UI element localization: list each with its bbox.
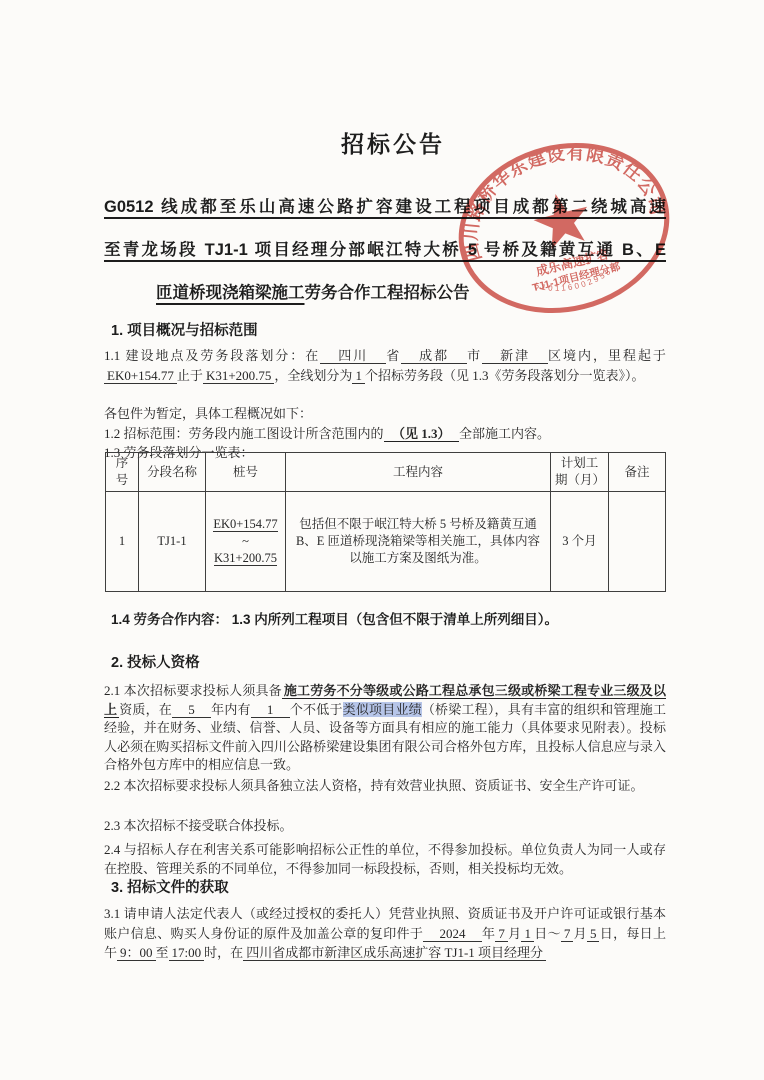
text-segment: 市 [467,348,482,363]
text-segment: 7 [495,926,508,942]
text-segment: 7 [561,926,574,942]
text-segment: 1.2 招标范围：劳务段内施工图设计所含范围内的 [104,426,384,441]
subtitle-line-3: 匝道桥现浇箱梁施工劳务合作工程招标公告 [104,272,666,315]
text-segment: 止于 [177,368,203,383]
section-2-heading: 2. 投标人资格 [104,654,673,673]
subtitle-line-1: G0512 线成都至乐山高速公路扩容建设工程项目成都第二绕城高速 [104,186,666,229]
text-segment: 1.1 建设地点及劳务段落划分：在 [104,348,320,363]
text-segment: 年内有 [211,702,251,717]
cell-stake: EK0+154.77 ~ K31+200.75 [206,492,286,592]
text-segment: 5 [172,702,211,718]
paragraph-1-4: 1.4 劳务合作内容： 1.3 内所列工程项目（包含但不限于清单上所列细目）。 [104,610,673,630]
subtitle-line-3-underlined: 匝道桥现浇箱梁施工 [156,284,305,302]
text-segment: 个招标劳务段（见 1.3《劳务段落划分一览表》）。 [365,368,645,383]
cell-seq: 1 [106,492,139,592]
paragraph-2-1: 2.1 本次招标要求投标人须具备施工劳务不分等级或公路工程总承包三级或桥梁工程专… [104,682,666,775]
text-segment: 四川省成都市新津区成乐高速扩容 TJ1-1 项目经理分 [243,945,546,961]
paragraph-packages-note: 各包件为暂定，具体工程概况如下： [104,404,666,424]
subtitle-line-2: 至青龙场段 TJ1-1 项目经理分部岷江特大桥 5 号桥及籍黄互通 B、E [104,229,666,272]
text-segment: 年 [482,926,495,941]
cell-duration: 3 个月 [551,492,609,592]
col-header-content: 工程内容 [286,453,551,492]
col-header-seq: 序号 [106,453,139,492]
text-segment: 资质，在 [119,702,172,717]
text-segment: 9：00 [117,945,156,961]
text-segment: 1 [251,702,290,718]
text-segment: 5 [587,926,600,942]
text-segment: 日～ [534,926,561,941]
cell-content: 包括但不限于岷江特大桥 5 号桥及籍黄互通B、E 匝道桥现浇箱梁等相关施工，具体… [286,492,551,592]
text-segment: 17:00 [169,945,205,961]
paragraph-2-3: 2.3 本次招标不接受联合体投标。 [104,816,666,836]
cell-note [609,492,666,592]
table-row: 1 TJ1-1 EK0+154.77 ~ K31+200.75 包括但不限于岷江… [106,492,666,592]
stake-start: EK0+154.77 [210,516,281,533]
subtitle-line-3-rest: 劳务合作工程招标公告 [305,284,470,302]
paragraph-3-1: 3.1 请申请人法定代表人（或经过授权的委托人）凭营业执照、资质证书及开户许可证… [104,904,666,963]
col-header-duration: 计划工期（月） [551,453,609,492]
table-header-row: 序号 分段名称 桩号 工程内容 计划工期（月） 备注 [106,453,666,492]
text-segment: EK0+154.77 [104,368,177,384]
text-segment: 四川 [320,348,386,364]
text-segment: 1 [521,926,534,942]
paragraph-2-4: 2.4 与招标人存在利害关系可能影响招标公正性的单位，不得参加投标。单位负责人为… [104,840,666,878]
paragraph-1-2: 1.2 招标范围：劳务段内施工图设计所含范围内的 （见 1.3） 全部施工内容。 [104,424,666,444]
stake-end: K31+200.75 [210,550,281,567]
section-3-heading: 3. 招标文件的获取 [104,879,673,898]
text-segment: 至 [156,945,169,960]
text-segment: （见 1.3） [384,426,460,442]
text-segment: 时，在 [204,945,243,960]
col-header-stake: 桩号 [206,453,286,492]
col-header-segment-name: 分段名称 [139,453,206,492]
text-segment: 1 [352,368,365,384]
text-segment: 全部施工内容。 [459,426,550,441]
col-header-note: 备注 [609,453,666,492]
paragraph-2-2: 2.2 本次招标要求投标人须具备独立法人资格，持有效营业执照、资质证书、安全生产… [104,776,666,796]
stake-tilde: ~ [210,533,281,550]
text-segment: 省 [386,348,401,363]
text-segment: 2.1 本次招标要求投标人须具备 [104,683,282,698]
text-segment: K31+200.75 [203,368,274,384]
text-segment: 月 [573,926,587,941]
scanned-document-page: 招标公告 G0512 线成都至乐山高速公路扩容建设工程项目成都第二绕城高速 至青… [0,0,764,1080]
text-segment: 2024 [423,926,482,942]
text-segment: 新津 [482,348,548,364]
labor-section-table: 序号 分段名称 桩号 工程内容 计划工期（月） 备注 1 TJ1-1 EK0+1… [105,452,666,592]
text-segment: ，全线划分为 [274,368,352,383]
cell-segment-name: TJ1-1 [139,492,206,592]
text-segment: 类似项目业绩 [343,702,422,717]
section-1-heading: 1. 项目概况与招标范围 [104,322,673,341]
paragraph-1-1: 1.1 建设地点及劳务段落划分：在 四川 省 成都 市 新津 区境内，里程起于E… [104,346,666,385]
text-segment: 成都 [401,348,467,364]
text-segment: 个不低于 [290,702,343,717]
project-subtitle: G0512 线成都至乐山高速公路扩容建设工程项目成都第二绕城高速 至青龙场段 T… [104,186,666,315]
text-segment: 区境内，里程起于 [548,348,666,363]
text-segment: 月 [508,926,522,941]
document-title: 招标公告 [104,126,666,159]
